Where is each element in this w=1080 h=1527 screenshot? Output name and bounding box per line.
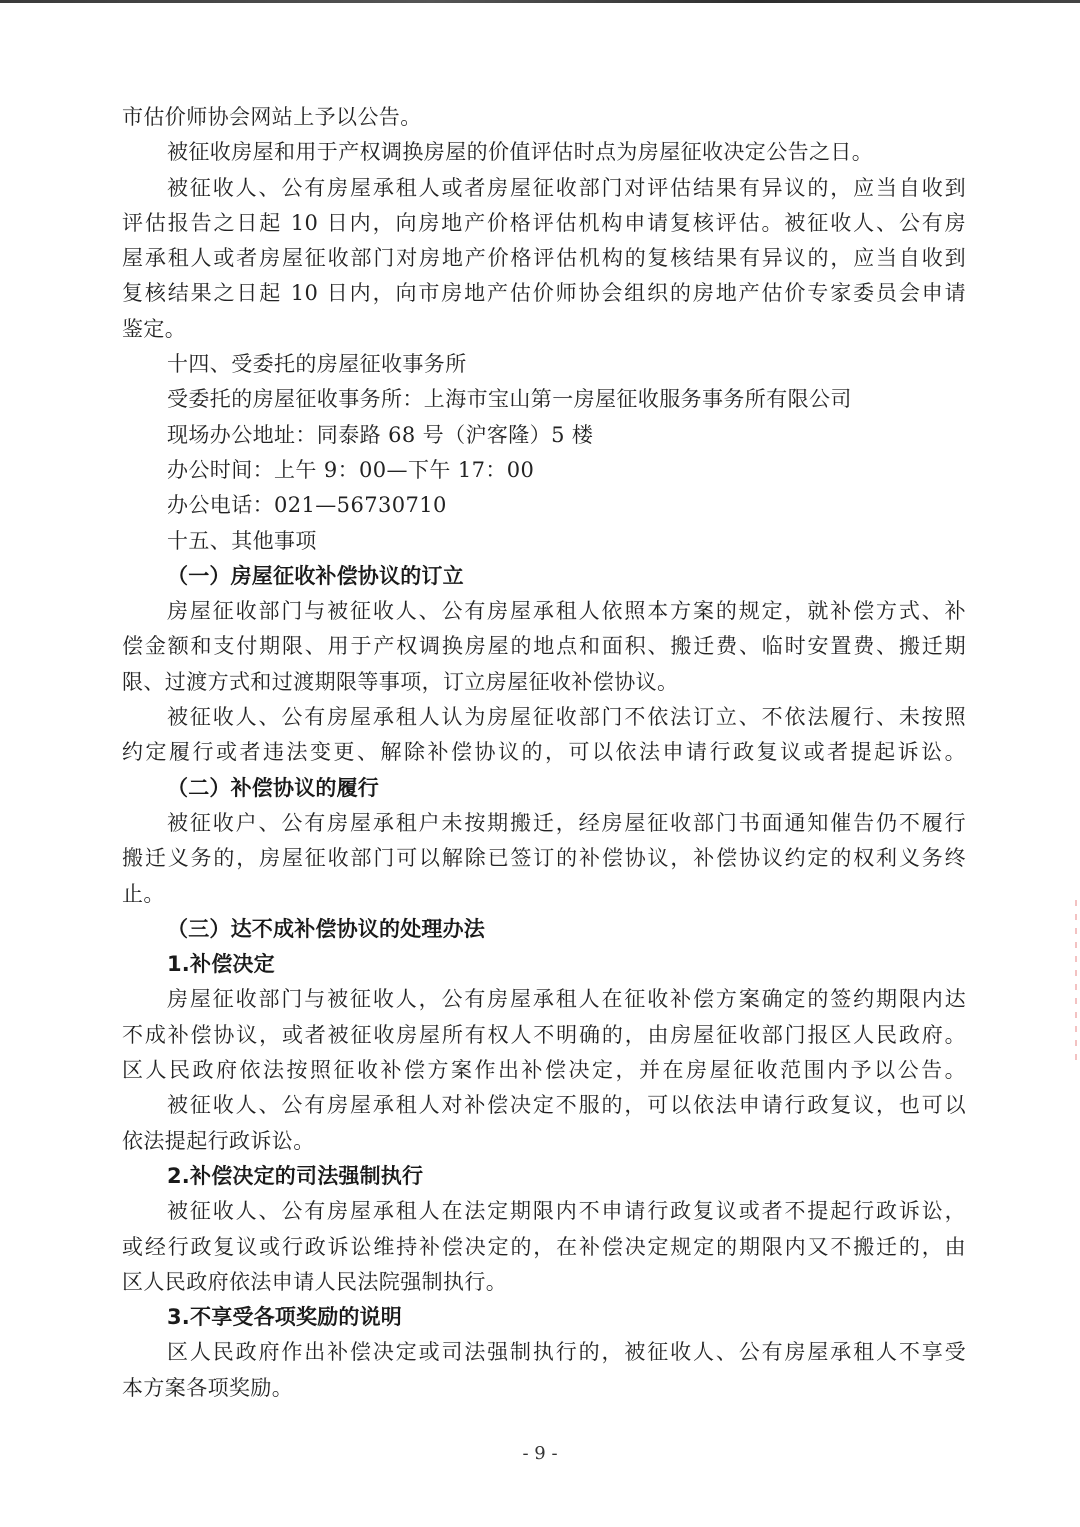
document-page: 市估价师协会网站上予以公告。 被征收房屋和用于产权调换房屋的价值评估时点为房屋征…: [122, 100, 966, 1406]
scan-artifact-marks: [1075, 900, 1077, 1060]
text-line: 房屋征收部门与被征收人、公有房屋承租人依照本方案的规定，就补偿方式、补: [122, 594, 966, 629]
text-line: 被征收房屋和用于产权调换房屋的价值评估时点为房屋征收决定公告之日。: [122, 135, 966, 170]
text-line: 依法提起行政诉讼。: [122, 1124, 966, 1159]
text-line: 被征收人、公有房屋承租人或者房屋征收部门对评估结果有异议的，应当自收到: [122, 171, 966, 206]
text-line: 或经行政复议或行政诉讼维持补偿决定的，在补偿决定规定的期限内又不搬迁的，由: [122, 1230, 966, 1265]
text-line: 约定履行或者违法变更、解除补偿协议的，可以依法申请行政复议或者提起诉讼。: [122, 735, 966, 770]
text-line: 市估价师协会网站上予以公告。: [122, 100, 966, 135]
agency-name-line: 受委托的房屋征收事务所：上海市宝山第一房屋征收服务事务所有限公司: [122, 382, 966, 417]
text-line: 限、过渡方式和过渡期限等事项，订立房屋征收补偿协议。: [122, 665, 966, 700]
subsection-heading-1: （一）房屋征收补偿协议的订立: [122, 559, 966, 594]
text-line: 搬迁义务的，房屋征收部门可以解除已签订的补偿协议，补偿协议约定的权利义务终: [122, 841, 966, 876]
text-line: 被征收人、公有房屋承租人认为房屋征收部门不依法订立、不依法履行、未按照: [122, 700, 966, 735]
text-line: 不成补偿协议，或者被征收房屋所有权人不明确的，由房屋征收部门报区人民政府。: [122, 1018, 966, 1053]
text-line: 本方案各项奖励。: [122, 1371, 966, 1406]
text-line: 偿金额和支付期限、用于产权调换房屋的地点和面积、搬迁费、临时安置费、搬迁期: [122, 629, 966, 664]
text-line: 鉴定。: [122, 312, 966, 347]
text-line: 被征收户、公有房屋承租户未按期搬迁，经房屋征收部门书面通知催告仍不履行: [122, 806, 966, 841]
item-heading-2: 2.补偿决定的司法强制执行: [122, 1159, 966, 1194]
item-heading-1: 1.补偿决定: [122, 947, 966, 982]
text-line: 区人民政府依法申请人民法院强制执行。: [122, 1265, 966, 1300]
office-phone-line: 办公电话：021—56730710: [122, 488, 966, 523]
text-line: 止。: [122, 877, 966, 912]
section-heading-15: 十五、其他事项: [122, 524, 966, 559]
item-heading-3: 3.不享受各项奖励的说明: [122, 1300, 966, 1335]
section-heading-14: 十四、受委托的房屋征收事务所: [122, 347, 966, 382]
text-line: 区人民政府作出补偿决定或司法强制执行的，被征收人、公有房屋承租人不享受: [122, 1335, 966, 1370]
scan-edge-shadow: [0, 0, 1080, 3]
subsection-heading-3: （三）达不成补偿协议的处理办法: [122, 912, 966, 947]
text-line: 被征收人、公有房屋承租人对补偿决定不服的，可以依法申请行政复议，也可以: [122, 1088, 966, 1123]
office-address-line: 现场办公地址：同泰路 68 号（沪客隆）5 楼: [122, 418, 966, 453]
text-line: 屋承租人或者房屋征收部门对房地产价格评估机构的复核结果有异议的，应当自收到: [122, 241, 966, 276]
text-line: 评估报告之日起 10 日内，向房地产价格评估机构申请复核评估。被征收人、公有房: [122, 206, 966, 241]
text-line: 区人民政府依法按照征收补偿方案作出补偿决定，并在房屋征收范围内予以公告。: [122, 1053, 966, 1088]
office-hours-line: 办公时间：上午 9：00—下午 17：00: [122, 453, 966, 488]
text-line: 房屋征收部门与被征收人，公有房屋承租人在征收补偿方案确定的签约期限内达: [122, 982, 966, 1017]
text-line: 被征收人、公有房屋承租人在法定期限内不申请行政复议或者不提起行政诉讼，: [122, 1194, 966, 1229]
page-number: - 9 -: [0, 1443, 1080, 1464]
text-line: 复核结果之日起 10 日内，向市房地产估价师协会组织的房地产估价专家委员会申请: [122, 276, 966, 311]
subsection-heading-2: （二）补偿协议的履行: [122, 771, 966, 806]
